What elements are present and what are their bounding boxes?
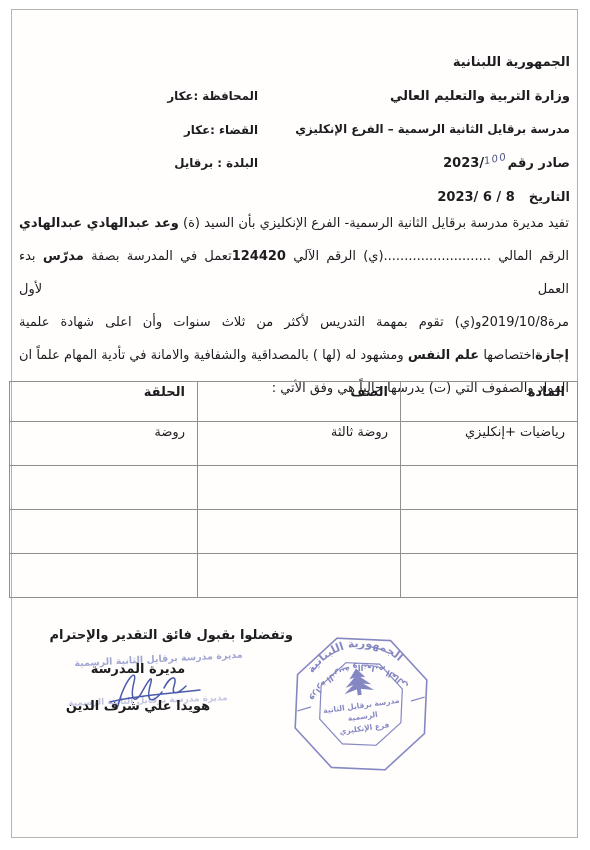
stamp-school-line2: الرسمية	[347, 710, 378, 723]
republic-line: الجمهورية اللبنانية	[295, 46, 570, 80]
cell-class	[198, 466, 401, 510]
body-line-1: تفيد مديرة مدرسة برقايل الثانية الرسمية-…	[19, 207, 569, 240]
issue-year: /2023	[443, 156, 484, 171]
col-header-subject: المادة	[401, 382, 578, 422]
line1-intro: تفيد مديرة مدرسة برقايل الثانية الرسمية-…	[179, 216, 569, 231]
cell-class	[198, 510, 401, 554]
header-right-block: الجمهورية اللبنانية وزارة التربية والتعل…	[295, 46, 570, 215]
body-line-4: إجازةاختصاصها علم النفس ومشهود له (لها )…	[19, 339, 569, 372]
issue-label: صادر رقم	[508, 156, 570, 171]
cell-class: روضة ثالثة	[198, 422, 401, 466]
degree-value: إجازة	[535, 348, 569, 363]
stamp-school-line3: فرع الإنكليزي	[339, 720, 390, 736]
col-header-cycle: الحلقة	[10, 382, 198, 422]
cell-subject	[401, 554, 578, 598]
subjects-table: المادة الصف الحلقة رياضيات +إنكليزي روضة…	[9, 381, 578, 598]
col-header-class: الصف	[198, 382, 401, 422]
works-as-text: تعمل في المدرسة بصفة	[84, 249, 232, 264]
handwritten-signature	[104, 662, 214, 720]
body-line-3: مرة2019/10/8و(ي) تقوم بمهمة التدريس لأكث…	[19, 306, 569, 339]
table-row: رياضيات +إنكليزي روضة ثالثة روضة	[10, 422, 578, 466]
table-header-row: المادة الصف الحلقة	[10, 382, 578, 422]
specialty-value: علم النفس	[408, 348, 479, 363]
table-row	[10, 510, 578, 554]
cell-subject	[401, 510, 578, 554]
ministry-line: وزارة التربية والتعليم العالي	[295, 80, 570, 114]
cell-subject: رياضيات +إنكليزي	[401, 422, 578, 466]
table-row	[10, 466, 578, 510]
role-value: مدرّس	[43, 249, 84, 264]
table-row	[10, 554, 578, 598]
cell-cycle	[10, 466, 198, 510]
employee-name: وعد عبدالهادي عبدالهادي	[19, 216, 179, 231]
body-line-2: الرقم المالي ..........................(…	[19, 240, 569, 306]
cell-subject	[401, 466, 578, 510]
school-line: مدرسة برقايل الثانية الرسمية – الفرع الإ…	[295, 113, 570, 147]
closing-phrase: وتفضلوا بقبول فائق التقدير والإحترام	[12, 628, 293, 643]
cell-cycle	[10, 510, 198, 554]
header-left-block: المحافظة :عكار القضاء :عكار البلدة : برق…	[142, 80, 258, 181]
governorate-line: المحافظة :عكار	[142, 80, 258, 114]
cell-cycle: روضة	[10, 422, 198, 466]
auto-number-label: (ي) الرقم الآلي	[286, 249, 384, 264]
body-paragraph: تفيد مديرة مدرسة برقايل الثانية الرسمية-…	[19, 207, 569, 405]
dotted-blank: ..........................	[384, 249, 491, 264]
financial-number-label: الرقم المالي	[491, 249, 569, 264]
document-page: الجمهورية اللبنانية وزارة التربية والتعل…	[11, 9, 578, 838]
specialty-label: اختصاصها	[479, 348, 535, 363]
commendation-text: ومشهود له (لها ) بالمصداقية والشفافية وا…	[19, 348, 408, 363]
official-stamp: الجمهورية اللبنانية وزارة التربية والتعل…	[285, 628, 437, 780]
date-value: 8 / 6 /2023	[437, 190, 514, 205]
cell-class	[198, 554, 401, 598]
district-line: القضاء :عكار	[142, 114, 258, 148]
issue-number-line: صادر رقم100/2023	[295, 147, 570, 182]
cell-cycle	[10, 554, 198, 598]
town-line: البلدة : برقايل	[142, 147, 258, 181]
handwritten-issue-number: 100	[481, 140, 511, 178]
date-label: التاريخ	[529, 190, 570, 205]
auto-number-value: 124420	[232, 249, 286, 264]
